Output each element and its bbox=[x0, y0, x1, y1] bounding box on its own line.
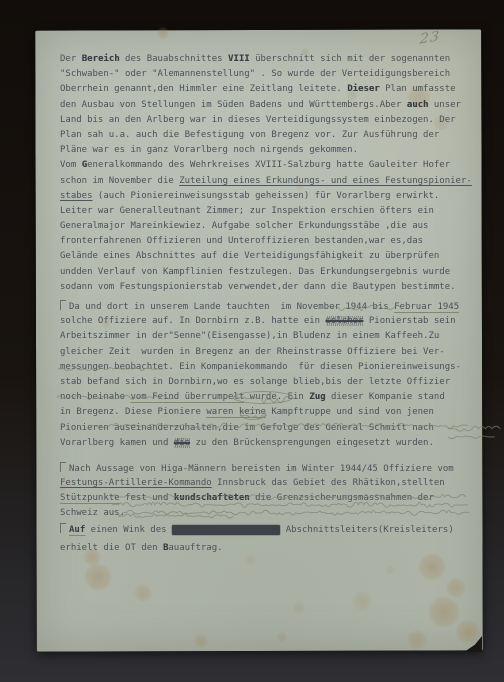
typed-text: Februar 1945 bbox=[394, 302, 459, 312]
text-line: Festungs-Artillerie-Kommando Innsbruck d… bbox=[60, 476, 460, 491]
typed-text: stabes bbox=[60, 191, 93, 201]
typed-text: Generalmajor Mareinkiewiez. Aufgabe solc… bbox=[60, 221, 428, 231]
typed-text: Oberrhein genannt,den Himmler eine Zeitl… bbox=[60, 84, 347, 94]
typed-text: Vom bbox=[60, 160, 82, 170]
text-line: Generalmajor Mareinkiewiez. Aufgabe solc… bbox=[60, 219, 460, 234]
typed-text: VIII bbox=[228, 54, 250, 64]
typed-text: Land bis an den Arlberg war in dieses Ve… bbox=[60, 115, 456, 125]
typed-text: Dieser bbox=[347, 84, 380, 94]
typed-text: Kampftruppe und sind von jenen bbox=[266, 407, 434, 417]
typed-text: solcher bbox=[326, 316, 364, 326]
typed-text: Festungs-Artillerie-Kommando bbox=[60, 478, 212, 488]
text-line: Plan sah u.a. auch die Befestigung von B… bbox=[60, 128, 460, 143]
typed-text: Arbeitszimmer in der"Senne"(Eisengasse),… bbox=[60, 331, 439, 341]
typed-text: "Schwaben-" oder "Alemannenstellung" . S… bbox=[60, 69, 450, 79]
text-line: gleicher Zeit wurden in Bregenz an der R… bbox=[60, 345, 460, 360]
typed-text: auauftrag. bbox=[168, 543, 222, 553]
text-line: Vorarlberg kamen und die zu den Brückens… bbox=[60, 436, 460, 451]
typed-text: fronterfahrenen Offizieren und Unteroffi… bbox=[60, 236, 423, 246]
typed-text: Innsbruck das Gebiet des Rhätikon,stellt… bbox=[212, 478, 445, 488]
text-line: Auf einen Wink des XXXXXXXXXXXXXXXXXXXX … bbox=[60, 522, 460, 537]
typed-text: (auch Pioniereinweisungsstab geheissen) … bbox=[93, 191, 440, 201]
text-line: sodann vom Festungspionierstab verwendet… bbox=[60, 280, 460, 295]
typed-text: erhielt die OT den bbox=[60, 543, 163, 553]
typed-text: dieser Kompanie stand bbox=[326, 392, 445, 402]
typed-text: Abschnittsleiters(Kreisleiters) bbox=[280, 525, 453, 535]
text-line: "Schwaben-" oder "Alemannenstellung" . S… bbox=[60, 67, 460, 82]
typed-text: des Bauabschnittes bbox=[120, 54, 228, 64]
typed-text: Plan umfasste bbox=[380, 84, 456, 94]
typed-text: überschnitt sich mit der sogenannten bbox=[250, 54, 450, 64]
typed-text: Der bbox=[60, 54, 82, 64]
photo-background: Der Bereich des Bauabschnittes VIII über… bbox=[0, 0, 504, 682]
handwritten-annotation bbox=[57, 393, 172, 401]
typed-text: Vorarlberg kamen und bbox=[60, 438, 174, 448]
text-line: Oberrhein genannt,den Himmler eine Zeitl… bbox=[60, 82, 460, 97]
text-line: stabes (auch Pioniereinweisungsstab gehe… bbox=[60, 189, 460, 204]
handwritten-annotation bbox=[118, 512, 233, 519]
typed-text: Bereich bbox=[82, 54, 120, 64]
typed-text: Gelände eines Abschnittes auf die Vertei… bbox=[60, 251, 439, 261]
handwritten-annotation bbox=[88, 421, 463, 429]
typed-text-block: Der Bereich des Bauabschnittes VIII über… bbox=[60, 52, 460, 556]
redacted-text: XXXXXXXXXXXXXXXXXXXX bbox=[172, 525, 280, 535]
typed-text: sodann vom Festungspionierstab verwendet… bbox=[60, 282, 456, 292]
text-line: Arbeitszimmer in der"Senne"(Eisengasse),… bbox=[60, 329, 460, 344]
text-line: Leiter war Generalleutnant Zimmer; zur I… bbox=[60, 204, 460, 219]
typed-text: Plan sah u.a. auch die Befestigung von B… bbox=[60, 130, 439, 140]
typed-text: Auf bbox=[69, 525, 85, 535]
text-line: erhielt die OT den Bauauftrag. bbox=[60, 541, 460, 556]
handwritten-annotation bbox=[233, 391, 293, 404]
text-line: fronterfahrenen Offizieren und Unteroffi… bbox=[60, 234, 460, 249]
typed-text: Pläne war es in ganz Vorarlberg noch nir… bbox=[60, 145, 358, 155]
typed-text: gleicher Zeit wurden in Bregenz an der R… bbox=[60, 347, 445, 357]
typed-text: stab befand sich in Dornbirn,wo es solan… bbox=[60, 377, 450, 387]
text-line: Pläne war es in ganz Vorarlberg noch nir… bbox=[60, 143, 460, 158]
typed-text: Zug bbox=[309, 392, 325, 402]
text-line: Land bis an den Arlberg war in dieses Ve… bbox=[60, 113, 460, 128]
margin-mark bbox=[60, 300, 66, 310]
text-line: Gelände eines Abschnittes auf die Vertei… bbox=[60, 249, 460, 264]
typed-text: den Ausbau von Stellungen im Süden Baden… bbox=[60, 100, 407, 110]
text-line: solche Offiziere auf. In Dornbirn z.B. h… bbox=[60, 314, 460, 329]
typed-text: Leiter war Generalleutnant Zimmer; zur I… bbox=[60, 206, 434, 216]
typed-text: eneralkommando des Wehrkreises XVIII-Sal… bbox=[87, 160, 450, 170]
margin-mark bbox=[60, 462, 66, 472]
typed-text: die bbox=[174, 438, 190, 448]
text-line: schon im November die Zuteilung eines Er… bbox=[60, 174, 460, 189]
typed-text: Nach Aussage von Higa-Männern bereisten … bbox=[69, 464, 454, 474]
typed-text: in Bregenz. Diese Pioniere bbox=[60, 407, 206, 417]
typed-text: schon im November die bbox=[60, 176, 179, 186]
typed-text: undden Verlauf von Kampflinien festzuleg… bbox=[60, 267, 450, 277]
text-line: stab befand sich in Dornbirn,wo es solan… bbox=[60, 375, 460, 390]
typed-text: Pionierstab sein bbox=[363, 316, 455, 326]
typed-text: solche Offiziere auf. In Dornbirn z.B. h… bbox=[60, 316, 326, 326]
typed-text: Zuteilung eines Erkundungs- und eines Fe… bbox=[179, 176, 472, 186]
handwritten-annotation bbox=[448, 424, 493, 440]
typed-text: unser bbox=[428, 100, 461, 110]
text-line: Der Bereich des Bauabschnittes VIII über… bbox=[60, 52, 460, 67]
typed-text: zu den Brückensprengungen eingesetzt wur… bbox=[190, 438, 434, 448]
text-line: Vom Generalkommando des Wehrkreises XVII… bbox=[60, 158, 460, 173]
handwritten-annotation bbox=[332, 303, 400, 311]
margin-mark bbox=[60, 523, 66, 533]
text-line: undden Verlauf von Kampflinien festzuleg… bbox=[60, 265, 460, 280]
typed-text: Stützpunkte bbox=[60, 493, 120, 503]
text-line: Nach Aussage von Higa-Männern bereisten … bbox=[60, 461, 460, 476]
typed-text: einen Wink des bbox=[85, 525, 172, 535]
handwritten-annotation bbox=[240, 409, 266, 420]
typed-text: auch bbox=[407, 100, 429, 110]
handwritten-annotation bbox=[58, 364, 158, 372]
text-line: den Ausbau von Stellungen im Süden Baden… bbox=[60, 98, 460, 113]
